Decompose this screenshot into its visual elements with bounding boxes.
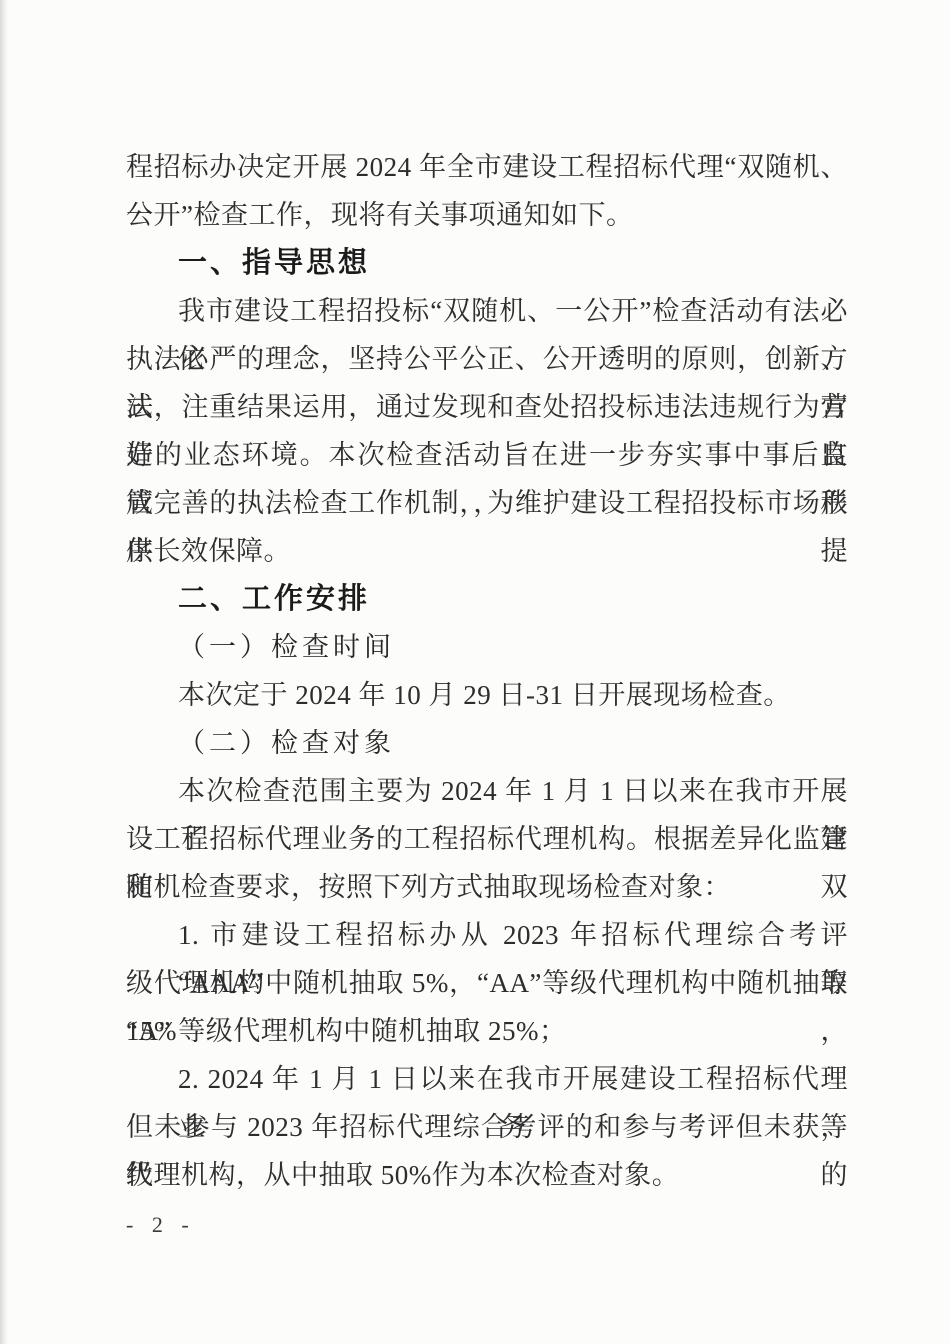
paragraph-line: 执法必严的理念，坚持公平公正、公开透明的原则，创新方式方 bbox=[126, 335, 848, 383]
paragraph-line: 级代理机构中随机抽取 5%，“AA”等级代理机构中随机抽取 15%， bbox=[126, 959, 848, 1007]
scanned-document-page: 程招标办决定开展 2024 年全市建设工程招标代理“双随机、一公开”检查工作，现… bbox=[0, 0, 950, 1344]
paragraph-line: 本次检查范围主要为 2024 年 1 月 1 日以来在我市开展了建 bbox=[126, 767, 848, 815]
scan-edge-shadow bbox=[0, 0, 8, 1344]
document-body: 程招标办决定开展 2024 年全市建设工程招标代理“双随机、一公开”检查工作，现… bbox=[126, 143, 848, 1199]
subsection-heading: （一）检查时间 bbox=[126, 623, 848, 671]
page-number: - 2 - bbox=[126, 1208, 191, 1242]
paragraph-line: 本次定于 2024 年 10 月 29 日-31 日开展现场检查。 bbox=[126, 671, 848, 719]
paragraph-line: 程招标办决定开展 2024 年全市建设工程招标代理“双随机、一 bbox=[126, 143, 848, 191]
paragraph-line: 成完善的执法检查工作机制，为维护建设工程招投标市场秩序提 bbox=[126, 479, 848, 527]
paragraph-line: 2. 2024 年 1 月 1 日以来在我市开展建设工程招标代理业务， bbox=[126, 1055, 848, 1103]
section-heading: 二、工作安排 bbox=[126, 575, 848, 623]
paragraph-line: 公开”检查工作，现将有关事项通知如下。 bbox=[126, 191, 848, 239]
paragraph-line: 但未参与 2023 年招标代理综合考评的和参与考评但未获等级的 bbox=[126, 1103, 848, 1151]
section-heading: 一、指导思想 bbox=[126, 239, 848, 287]
paragraph-line: 我市建设工程招投标“双随机、一公开”检查活动有法必依、 bbox=[126, 287, 848, 335]
subsection-heading: （二）检查对象 bbox=[126, 719, 848, 767]
paragraph-line: 设工程招标代理业务的工程招标代理机构。根据差异化监管和双 bbox=[126, 815, 848, 863]
paragraph-line: 法，注重结果运用，通过发现和查处招投标违法违规行为营造良 bbox=[126, 383, 848, 431]
paragraph-line: 1. 市建设工程招标办从 2023 年招标代理综合考评“AAA”等 bbox=[126, 911, 848, 959]
paragraph-line: 好的业态环境。本次检查活动旨在进一步夯实事中事后监管，形 bbox=[126, 431, 848, 479]
